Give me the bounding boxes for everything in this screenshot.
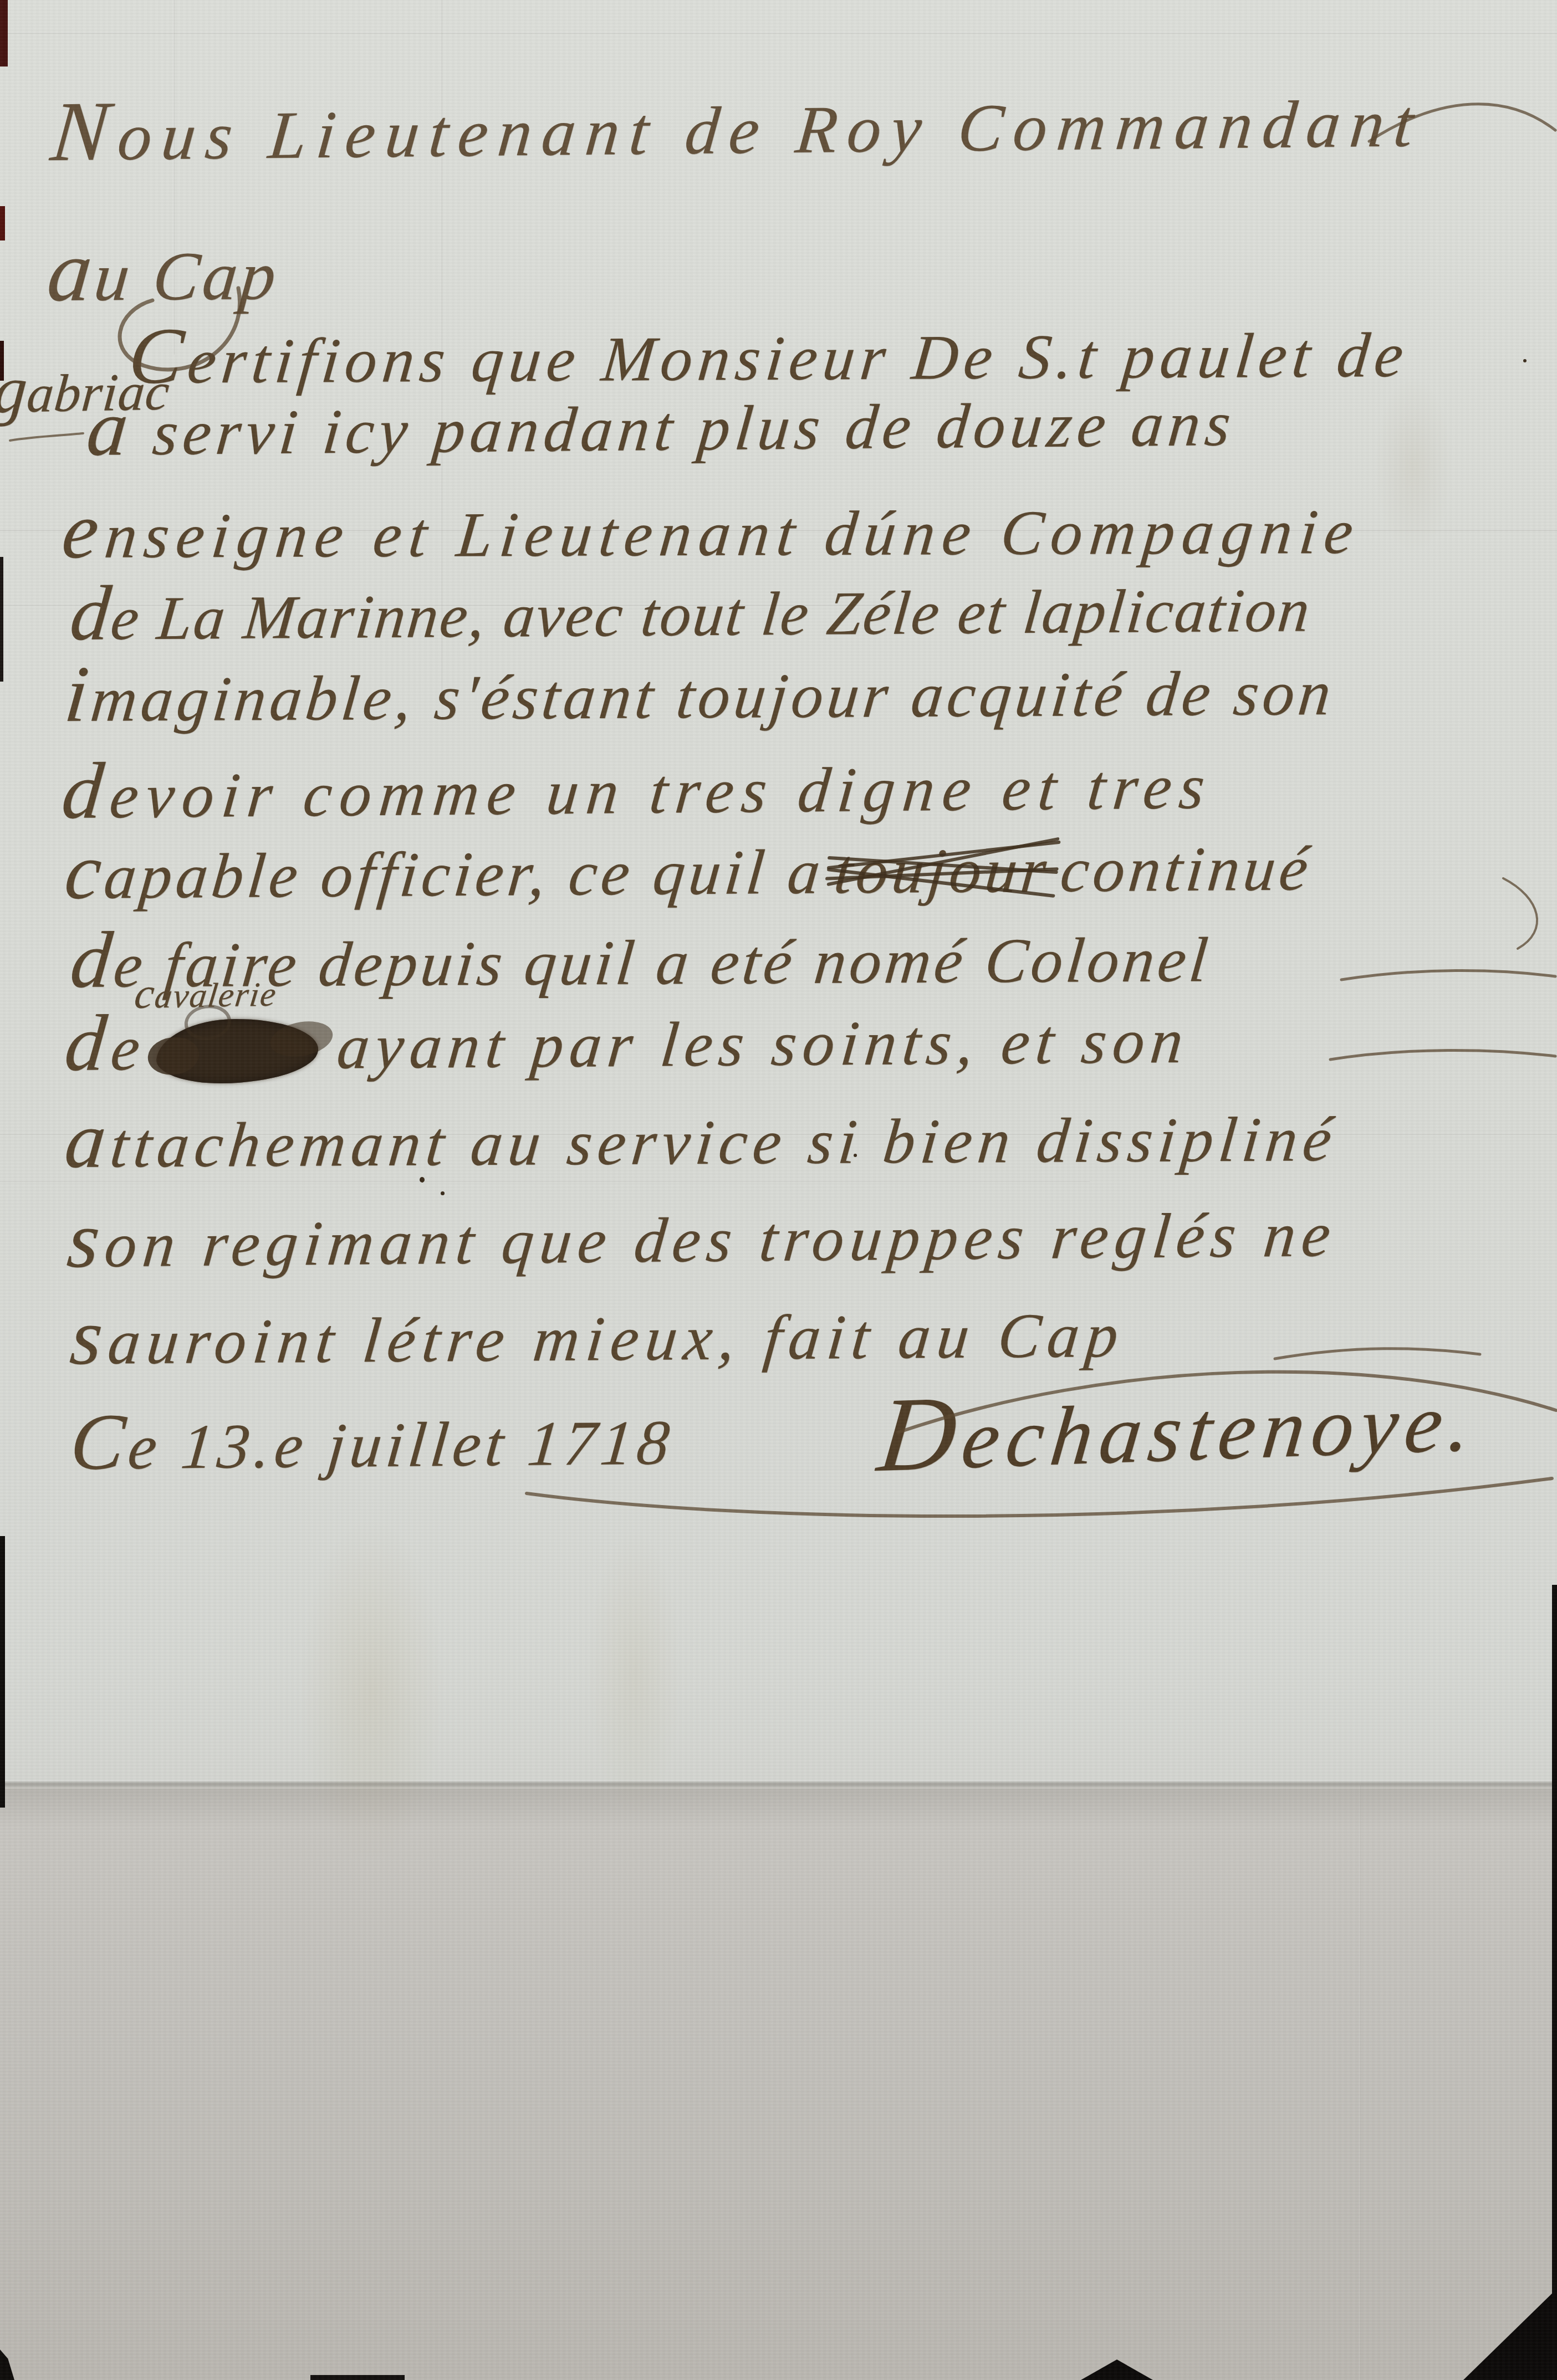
edge-artifact-red: [0, 0, 8, 66]
fold-crease: [0, 1780, 1557, 1789]
edge-artifact-black: [0, 2350, 14, 2380]
son-tail-dash: [1330, 1050, 1555, 1060]
ink-speck: [1523, 359, 1527, 362]
date-line: Ce 13.e juillet 1718: [67, 1391, 678, 1488]
edge-artifact-black: [310, 2375, 405, 2380]
heading-line-1: Nous Lieutenant de Roy Commandant: [47, 69, 1428, 181]
fold-crease-shadow: [0, 1789, 1557, 1828]
margin-dash: [10, 433, 83, 441]
paper-stain: [588, 1529, 682, 1818]
edge-artifact-dark: [0, 557, 3, 682]
edge-artifact-black: [1081, 2359, 1153, 2380]
paper-stain: [1375, 377, 1452, 554]
body-line-imaginable: imaginable, s'éstant toujour acquité de …: [61, 642, 1340, 740]
colonel-tail-dash: [1341, 970, 1555, 980]
body-line-capable: capable officier, ce quil a toujour cont…: [61, 817, 1316, 918]
edge-artifact-black: [0, 1536, 5, 1808]
paper-crease: [0, 32, 1557, 34]
capable-text-before: capable officier, ce quil a: [62, 836, 827, 912]
struck-word: toujour: [831, 834, 1054, 909]
manuscript-photo: Nous Lieutenant de Roy Commandant au Cap…: [0, 0, 1557, 2380]
continue-tail: [1503, 878, 1537, 949]
body-line-sauroint: sauroint létre mieux, fait au Cap: [67, 1284, 1130, 1383]
ink-blot: [154, 1018, 321, 1084]
heading-line-2: au Cap: [43, 220, 284, 322]
body-line-regimant: son regimant que des trouppes reglés ne: [64, 1183, 1341, 1286]
cavalerie-text-before: de: [62, 1013, 149, 1084]
capable-text-after: continué: [1058, 833, 1315, 905]
body-line-attachemant: attachemant au service si bien dissiplin…: [61, 1088, 1342, 1186]
edge-artifact-red: [0, 206, 5, 240]
body-line-servi: a servi icy pandant plus de douze ans: [83, 372, 1240, 474]
paper-crease: [1359, 1785, 1361, 2380]
edge-artifact-black: [1463, 2289, 1557, 2380]
signature: Dechastenoye.: [873, 1354, 1484, 1496]
edge-artifact-dark: [0, 341, 4, 381]
cavalerie-text-after: ayant par les soints, et son: [334, 1006, 1192, 1082]
interline-insertion-cavalerie: cavalerie: [132, 966, 280, 1018]
edge-artifact-black: [1552, 1585, 1557, 2380]
